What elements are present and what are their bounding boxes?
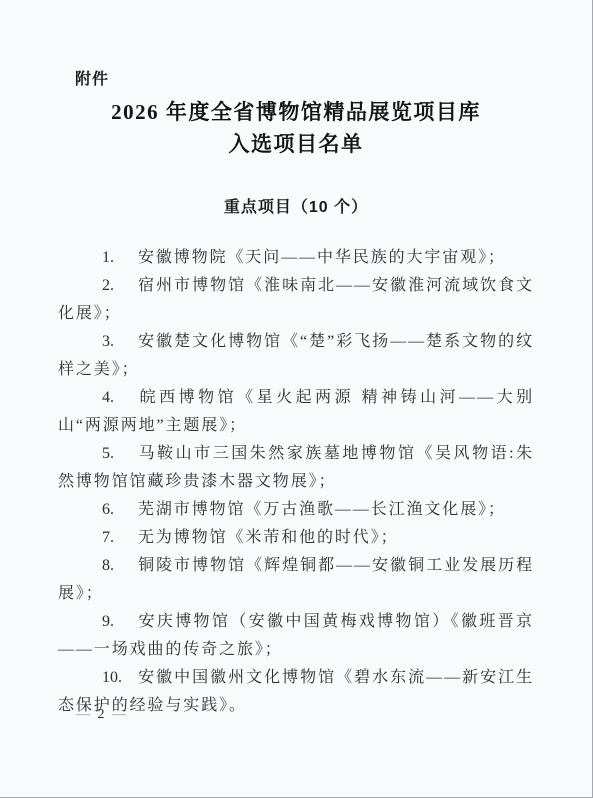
item-number: 2. [102,272,138,300]
page-footer: — 2 — [76,707,128,723]
list-item: 9.安庆博物馆（安徽中国黄梅戏博物馆）《徽班晋京——一场戏曲的传奇之旅》； [58,608,534,664]
list-item: 3.安徽楚文化博物馆《“楚”彩飞扬——楚系文物的纹样之美》； [58,328,534,384]
document-page: 附件 2026 年度全省博物馆精品展览项目库 入选项目名单 重点项目（10 个）… [0,0,593,798]
item-text: 安徽博物院《天问——中华民族的大宇宙观》； [138,249,506,266]
item-text: 芜湖市博物馆《万古渔歌——长江渔文化展》； [138,501,506,518]
footer-dash-right: — [112,707,128,722]
item-number: 1. [102,244,138,272]
list-item: 1.安徽博物院《天问——中华民族的大宇宙观》； [58,244,534,272]
attachment-label: 附件 [75,66,109,89]
item-number: 8. [102,552,138,580]
item-number: 7. [102,524,138,552]
list-item: 5.马鞍山市三国朱然家族墓地博物馆《吴风物语:朱然博物馆馆藏珍贵漆木器文物展》； [58,440,534,496]
page-number: 2 [98,707,107,722]
document-title-line-2: 入选项目名单 [0,128,592,160]
document-title-line-1: 2026 年度全省博物馆精品展览项目库 [0,96,592,128]
item-number: 5. [102,440,138,468]
item-number: 4. [102,384,138,412]
item-number: 9. [102,608,138,636]
section-heading: 重点项目（10 个） [0,194,592,217]
list-item: 6.芜湖市博物馆《万古渔歌——长江渔文化展》； [58,496,534,524]
list-item: 8.铜陵市博物馆《辉煌铜都——安徽铜工业发展历程展》； [58,552,534,608]
item-number: 3. [102,328,138,356]
item-number: 6. [102,496,138,524]
list-item: 2.宿州市博物馆《淮味南北——安徽淮河流域饮食文化展》； [58,272,534,328]
project-list: 1.安徽博物院《天问——中华民族的大宇宙观》； 2.宿州市博物馆《淮味南北——安… [58,244,534,720]
document-title: 2026 年度全省博物馆精品展览项目库 入选项目名单 [0,96,592,160]
list-item: 7.无为博物馆《米芾和他的时代》； [58,524,534,552]
item-text: 无为博物馆《米芾和他的时代》； [138,529,399,546]
footer-dash-left: — [76,707,92,722]
item-number: 10. [102,664,138,692]
list-item: 10.安徽中国徽州文化博物馆《碧水东流——新安江生态保护的经验与实践》。 [58,664,534,720]
list-item: 4.皖西博物馆《星火起两源 精神铸山河——大别山“两源两地”主题展》； [58,384,534,440]
